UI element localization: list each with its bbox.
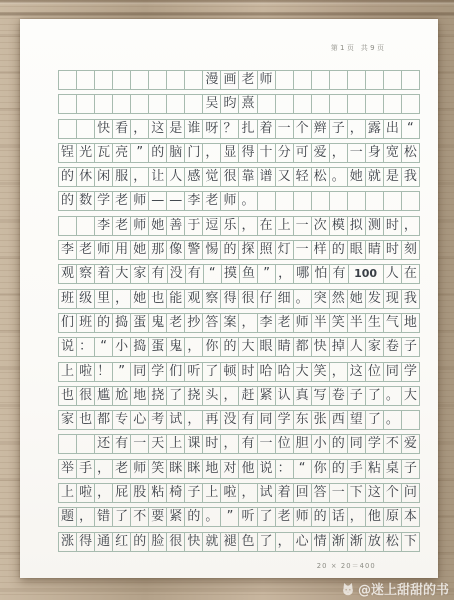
grid-cell: 掉 (329, 337, 348, 357)
grid-cell (76, 70, 95, 90)
grid-cell: 同 (257, 410, 276, 430)
grid-size-note: 20 × 20＝400 (317, 561, 376, 571)
grid-cell: 尬 (112, 386, 131, 406)
grid-cell: 瓦 (94, 143, 113, 163)
grid-cell: 位 (275, 434, 294, 454)
grid-cell: “ (293, 459, 312, 479)
grid-cell: 同 (347, 434, 366, 454)
grid-cell (76, 94, 95, 114)
grid-cell: 爱 (311, 143, 330, 163)
grid-cell: 手 (347, 459, 366, 479)
grid-cell: 课 (184, 434, 203, 454)
grid-cell: 渐 (347, 532, 366, 552)
grid-cell: 个 (383, 483, 402, 503)
grid-cell: “ (94, 337, 113, 357)
grid-cell: 对 (220, 459, 239, 479)
grid-cell (275, 191, 294, 211)
grid-cell: 师 (94, 240, 113, 260)
grid-cell: 着 (257, 119, 276, 139)
grid-cell: 红 (112, 532, 131, 552)
grid-cell: 老 (202, 191, 221, 211)
grid-cell: 股 (130, 483, 149, 503)
grid-cell: ， (184, 410, 203, 430)
grid-cell: 挠 (184, 386, 203, 406)
grid-cell: 上 (202, 483, 221, 503)
grid-cell: 逗 (202, 216, 221, 236)
grid-cell: 认 (275, 386, 294, 406)
grid-cell: ， (94, 459, 113, 479)
grid-cell: 锃 (58, 143, 77, 163)
grid-cell: 鬼 (148, 313, 167, 333)
grid-cell (257, 94, 276, 114)
grid-cell (257, 191, 276, 211)
grid-cell (58, 216, 77, 236)
grid-cell: 家 (58, 410, 77, 430)
grid-cell (401, 191, 420, 211)
grid-cell: 着 (275, 483, 294, 503)
grid-cell: 听 (184, 362, 203, 382)
grid-cell: “ (401, 119, 420, 139)
grid-cell (329, 94, 348, 114)
grid-cell: 上 (58, 483, 77, 503)
grid-cell: 。 (202, 507, 221, 527)
grid-cell: 老 (112, 459, 131, 479)
grid-cell: 。 (293, 289, 312, 309)
grid-cell: 没 (220, 410, 239, 430)
grid-row: 也很尴尬地挠了挠头，赶紧认真写卷子了。大 (58, 386, 420, 406)
grid-cell: 测 (365, 216, 384, 236)
grid-cell: 服 (112, 167, 131, 187)
grid-cell: 又 (275, 167, 294, 187)
grid-cell: ， (347, 507, 366, 527)
grid-cell: 睛 (365, 240, 384, 260)
grid-cell: 探 (238, 240, 257, 260)
grid-cell: 老 (238, 70, 257, 90)
grid-cell: ， (347, 119, 366, 139)
grid-cell: ， (220, 434, 239, 454)
grid-cell: 脸 (148, 532, 167, 552)
grid-cell: 个 (293, 119, 312, 139)
grid-cell: 学 (401, 362, 420, 382)
grid-cell: 观 (58, 264, 77, 284)
grid-cell: 眯 (184, 459, 203, 479)
grid-cell: 学 (365, 434, 384, 454)
grid-cell: 仔 (257, 289, 276, 309)
watermark-text: @迷上甜甜的书 (358, 579, 449, 598)
grid-cell: 学 (94, 191, 113, 211)
grid-cell: 次 (311, 216, 330, 236)
grid-cell: 子 (401, 337, 420, 357)
grid-cell: 她 (130, 240, 149, 260)
grid-cell: 粘 (365, 459, 384, 479)
grid-cell: 顿 (220, 362, 239, 382)
grid-cell: 渐 (329, 532, 348, 552)
grid-row: 举手，老师笑眯眯地对他说：“你的手粘桌子 (58, 459, 420, 479)
grid-cell: 有 (148, 264, 167, 284)
grid-cell: 卷 (329, 386, 348, 406)
grid-cell: 眼 (257, 337, 276, 357)
grid-cell: 灯 (275, 240, 294, 260)
grid-cell: 那 (148, 240, 167, 260)
grid-cell: 师 (130, 459, 149, 479)
grid-cell: 李 (257, 313, 276, 333)
grid-cell: 了 (166, 386, 185, 406)
grid-cell: 上 (275, 216, 294, 236)
grid-cell: 快 (94, 119, 113, 139)
grid-cell: 同 (383, 362, 402, 382)
grid-cell (76, 216, 95, 236)
grid-cell: ， (94, 483, 113, 503)
grid-cell: 涨 (58, 532, 77, 552)
grid-cell: 靠 (238, 167, 257, 187)
grid-cell: 得 (220, 289, 239, 309)
grid-cell: 不 (383, 434, 402, 454)
grid-cell: 师 (293, 507, 312, 527)
grid-cell: 模 (329, 216, 348, 236)
grid-cell (311, 191, 330, 211)
grid-cell (293, 70, 312, 90)
grid-row: 还有一天上课时，有一位胆小的同学不爱 (58, 434, 420, 454)
grid-cell: 能 (166, 289, 185, 309)
grid-cell: 时 (238, 362, 257, 382)
grid-cell: 心 (293, 532, 312, 552)
grid-cell: ？ (220, 119, 239, 139)
grid-cell: 时 (202, 434, 221, 454)
grid-cell: 紧 (166, 507, 185, 527)
grid-cell: ， (76, 507, 95, 527)
grid-cell: 吴 (202, 94, 221, 114)
grid-cell: 大 (112, 264, 131, 284)
grid-cell: 很 (238, 289, 257, 309)
grid-cell: 不 (130, 507, 149, 527)
grid-cell: 画 (220, 70, 239, 90)
grid-row: 李老师用她那像警惕的探照灯一样的眼睛时刻 (58, 240, 420, 260)
grid-cell: 们 (58, 313, 77, 333)
grid-row: 上啦，屁股粘椅子上啦，试着回答一下这个问 (58, 483, 420, 503)
grid-cell: 心 (130, 410, 149, 430)
grid-cell: 有 (238, 434, 257, 454)
grid-cell: 她 (130, 289, 149, 309)
grid-cell: 答 (311, 483, 330, 503)
grid-cell: 他 (365, 507, 384, 527)
grid-cell: 要 (148, 507, 167, 527)
grid-cell: 昀 (220, 94, 239, 114)
grid-row: 的休闲服，让人感觉很靠谱又轻松。她就是我 (58, 167, 420, 187)
grid-cell: 师 (130, 216, 149, 236)
grid-cell: 像 (166, 240, 185, 260)
grid-cell: ” (112, 362, 131, 382)
grid-cell: 子 (401, 459, 420, 479)
grid-cell (383, 70, 402, 90)
grid-cell: 学 (148, 362, 167, 382)
grid-cell: 通 (94, 532, 113, 552)
grid-cell: 子 (184, 483, 203, 503)
grid-cell: 有 (329, 264, 348, 284)
grid-row: 们班的捣蛋鬼老抄答案，李老师半笑半生气地 (58, 313, 420, 333)
grid-cell: ！ (94, 362, 113, 382)
grid-cell: 们 (166, 362, 185, 382)
grid-cell: 眼 (347, 240, 366, 260)
grid-cell: 察 (202, 289, 221, 309)
grid-row: 漫画老师 (58, 70, 420, 90)
grid-cell (76, 119, 95, 139)
grid-cell: 快 (311, 337, 330, 357)
grid-cell: 于 (184, 216, 203, 236)
grid-cell: 半 (347, 313, 366, 333)
grid-cell: 蛋 (130, 313, 149, 333)
grid-cell: ， (275, 532, 294, 552)
grid-cell: 我 (401, 289, 420, 309)
grid-cell: 摸 (221, 264, 240, 284)
grid-cell: ” (257, 264, 276, 284)
grid-cell: 头 (202, 386, 221, 406)
grid-cell: ， (238, 216, 257, 236)
grid-cell: 人 (383, 264, 402, 284)
grid-cell: 班 (58, 289, 77, 309)
grid-cell: 挠 (148, 386, 167, 406)
grid-cell: 家 (130, 264, 149, 284)
grid-cell: 天 (148, 434, 167, 454)
grid-cell: 宽 (383, 143, 402, 163)
grid-cell (184, 94, 203, 114)
grid-cell: ， (184, 337, 203, 357)
grid-cell: 考 (148, 410, 167, 430)
grid-cell: 家 (365, 337, 384, 357)
grid-cell: 睛 (275, 337, 294, 357)
grid-cell (58, 119, 77, 139)
grid-cell: 老 (166, 313, 185, 333)
grid-cell: 说 (58, 337, 77, 357)
grid-cell: ， (401, 216, 420, 236)
grid-cell: 上 (58, 362, 77, 382)
grid-cell: 老 (275, 507, 294, 527)
grid-cell: 看 (112, 119, 131, 139)
grid-cell: 老 (76, 240, 95, 260)
grid-cell: 的 (220, 337, 239, 357)
grid-cell: 呀 (202, 119, 221, 139)
grid-cell: ， (329, 362, 348, 382)
grid-cell (58, 434, 77, 454)
grid-cell: ” (130, 143, 149, 163)
grid-cell: 闲 (94, 167, 113, 187)
grid-cell: 警 (184, 240, 203, 260)
grid-cell: 师 (293, 313, 312, 333)
grid-cell: 眯 (166, 459, 185, 479)
grid-cell: 了 (365, 386, 384, 406)
grid-cell: 时 (383, 216, 402, 236)
grid-cell: 你 (202, 337, 221, 357)
grid-cell: 一 (257, 434, 276, 454)
grid-cell: 她 (347, 289, 366, 309)
grid-cell: 子 (347, 386, 366, 406)
grid-cell: 下 (347, 483, 366, 503)
grid-cell: 蛋 (148, 337, 167, 357)
grid-cell: 现 (383, 289, 402, 309)
grid-cell: 出 (383, 119, 402, 139)
grid-cell: 照 (257, 240, 276, 260)
grid-cell (58, 94, 77, 114)
grid-cell: 张 (311, 410, 330, 430)
grid-cell: 都 (94, 410, 113, 430)
grid-cell: 一 (130, 434, 149, 454)
grid-cell: 老 (112, 191, 131, 211)
grid-cell: 100 (348, 264, 384, 284)
grid-cell: 老 (112, 216, 131, 236)
grid-cell: 松 (311, 167, 330, 187)
grid-cell: 手 (76, 459, 95, 479)
grid-cell: 生 (365, 313, 384, 333)
grid-cell: 细 (275, 289, 294, 309)
grid-cell (94, 94, 113, 114)
grid-cell: 。 (329, 167, 348, 187)
grid-cell (275, 94, 294, 114)
grid-cell: — (166, 191, 185, 211)
grid-cell: 一 (329, 483, 348, 503)
grid-cell: 的 (329, 459, 348, 479)
grid-cell: 乐 (220, 216, 239, 236)
grid-cell: 人 (347, 337, 366, 357)
grid-cell: 她 (148, 216, 167, 236)
grid-cell: 。 (383, 410, 402, 430)
grid-cell: 十 (257, 143, 276, 163)
grid-cell: 是 (166, 119, 185, 139)
photo-scene: 第1页 共9页 漫画老师吴昀熹快看，这是谁呀？扎着一个辫子，露出“锃光瓦亮”的脑… (0, 0, 454, 600)
grid-cell: 大 (293, 362, 312, 382)
grid-cell: 有 (238, 410, 257, 430)
grid-cell: 上 (166, 434, 185, 454)
grid-cell: 大 (238, 337, 257, 357)
grid-cell (76, 434, 95, 454)
grid-cell: 李 (58, 240, 77, 260)
grid-cell: ： (275, 459, 294, 479)
grid-cell: 一 (293, 240, 312, 260)
grid-cell: 回 (293, 483, 312, 503)
manuscript-grid: 漫画老师吴昀熹快看，这是谁呀？扎着一个辫子，露出“锃光瓦亮”的脑门，显得十分可爱… (58, 70, 420, 552)
grid-cell: 小 (311, 434, 330, 454)
grid-cell: 善 (166, 216, 185, 236)
grid-cell: 光 (76, 143, 95, 163)
grid-cell: 门 (184, 143, 203, 163)
grid-cell: 很 (220, 167, 239, 187)
grid-cell: 让 (148, 167, 167, 187)
grid-row: 说：“小捣蛋鬼，你的大眼睛都快掉人家卷子 (58, 337, 420, 357)
grid-cell (347, 70, 366, 90)
grid-cell: 啦 (76, 483, 95, 503)
grid-cell: 东 (293, 410, 312, 430)
grid-cell: 的 (58, 191, 77, 211)
grid-cell (311, 94, 330, 114)
grid-cell: 原 (383, 507, 402, 527)
grid-cell (58, 70, 77, 90)
grid-cell: 观 (184, 289, 203, 309)
grid-cell: 一 (347, 143, 366, 163)
grid-cell: 你 (311, 459, 330, 479)
grid-cell: 亮 (112, 143, 131, 163)
grid-cell: 大 (401, 386, 420, 406)
grid-cell (365, 94, 384, 114)
grid-cell: ， (130, 119, 149, 139)
grid-cell (365, 191, 384, 211)
grid-cell: 一 (275, 119, 294, 139)
grid-cell: 都 (293, 337, 312, 357)
grid-cell: 这 (148, 119, 167, 139)
grid-cell: 听 (238, 507, 257, 527)
grid-cell: 分 (275, 143, 294, 163)
grid-cell (401, 410, 420, 430)
grid-cell: 熹 (238, 94, 257, 114)
grid-cell: 察 (76, 264, 95, 284)
grid-cell: 啦 (220, 483, 239, 503)
grid-cell: 放 (365, 532, 384, 552)
grid-cell: 本 (401, 507, 420, 527)
grid-cell: 谁 (184, 119, 203, 139)
grid-cell (401, 70, 420, 90)
grid-cell (347, 191, 366, 211)
grid-cell: 桌 (383, 459, 402, 479)
grid-cell: 题 (58, 507, 77, 527)
grid-cell: 这 (347, 362, 366, 382)
grid-cell: ， (112, 289, 131, 309)
grid-cell: 位 (365, 362, 384, 382)
grid-cell: 望 (347, 410, 366, 430)
grid-cell: 胆 (293, 434, 312, 454)
grid-cell: 惕 (202, 240, 221, 260)
grid-cell (112, 70, 131, 90)
grid-cell: 辫 (311, 119, 330, 139)
grid-cell: 得 (238, 143, 257, 163)
grid-cell (293, 191, 312, 211)
grid-cell: 得 (76, 532, 95, 552)
grid-cell: 了 (202, 362, 221, 382)
grid-cell (275, 70, 294, 90)
grid-cell: 的 (329, 240, 348, 260)
grid-cell: 有 (185, 264, 204, 284)
grid-cell: 赶 (238, 386, 257, 406)
grid-cell: 错 (94, 507, 113, 527)
grid-cell (112, 94, 131, 114)
grid-cell: 快 (184, 532, 203, 552)
grid-cell (148, 70, 167, 90)
grid-cell: 感 (184, 167, 203, 187)
grid-cell (94, 70, 113, 90)
grid-cell (383, 94, 402, 114)
grid-cell: ， (275, 264, 294, 284)
grid-cell: 试 (166, 410, 185, 430)
grid-cell: 很 (166, 532, 185, 552)
grid-cell: 地 (202, 459, 221, 479)
grid-cell: 还 (94, 434, 113, 454)
grid-cell: 样 (311, 240, 330, 260)
grid-cell: ： (76, 337, 95, 357)
grid-cell (166, 94, 185, 114)
grid-cell: 身 (365, 143, 384, 163)
grid-cell: 西 (329, 410, 348, 430)
grid-cell: 就 (202, 532, 221, 552)
grid-cell: 休 (76, 167, 95, 187)
grid-cell: 里 (94, 289, 113, 309)
grid-cell: 。 (238, 191, 257, 211)
grid-cell: 很 (76, 386, 95, 406)
grid-cell: 师 (220, 191, 239, 211)
grid-cell: 在 (257, 216, 276, 236)
grid-cell: 写 (311, 386, 330, 406)
grid-cell: 怕 (311, 264, 330, 284)
grid-cell: 班 (76, 313, 95, 333)
grid-row: 李老师她善于逗乐，在上一次模拟测时， (58, 216, 420, 236)
grid-row: 上啦！”同学们听了顿时哈哈大笑，这位同学 (58, 362, 420, 382)
grid-cell (329, 70, 348, 90)
grid-cell: 捣 (112, 313, 131, 333)
